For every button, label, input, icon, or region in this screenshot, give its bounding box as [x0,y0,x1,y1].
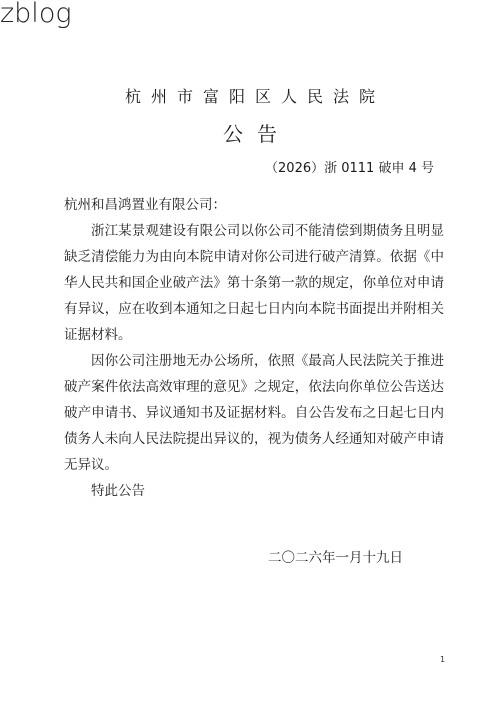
case-number: （2026）浙 0111 破申 4 号 [265,157,434,176]
paragraph-closing: 特此公告 [64,478,444,504]
watermark-logo: zblog [0,0,72,29]
notice-body: 杭州和昌鸿置业有限公司： 浙江某景观建设有限公司以你公司不能清偿到期债务且明显缺… [64,192,444,504]
addressee: 杭州和昌鸿置业有限公司： [64,192,444,218]
notice-date: 二〇二六年一月十九日 [268,546,403,566]
paragraph-service: 因你公司注册地无办公场所，依照《最高人民法院关于推进破产案件依法高效审理的意见》… [64,348,444,478]
court-name-heading: 杭州市富阳区人民法院 [0,84,500,107]
paragraph-petition: 浙江某景观建设有限公司以你公司不能清偿到期债务且明显缺乏清偿能力为由向本院申请对… [64,218,444,348]
notice-title: 公告 [0,118,500,147]
page-number: 1 [440,655,445,664]
